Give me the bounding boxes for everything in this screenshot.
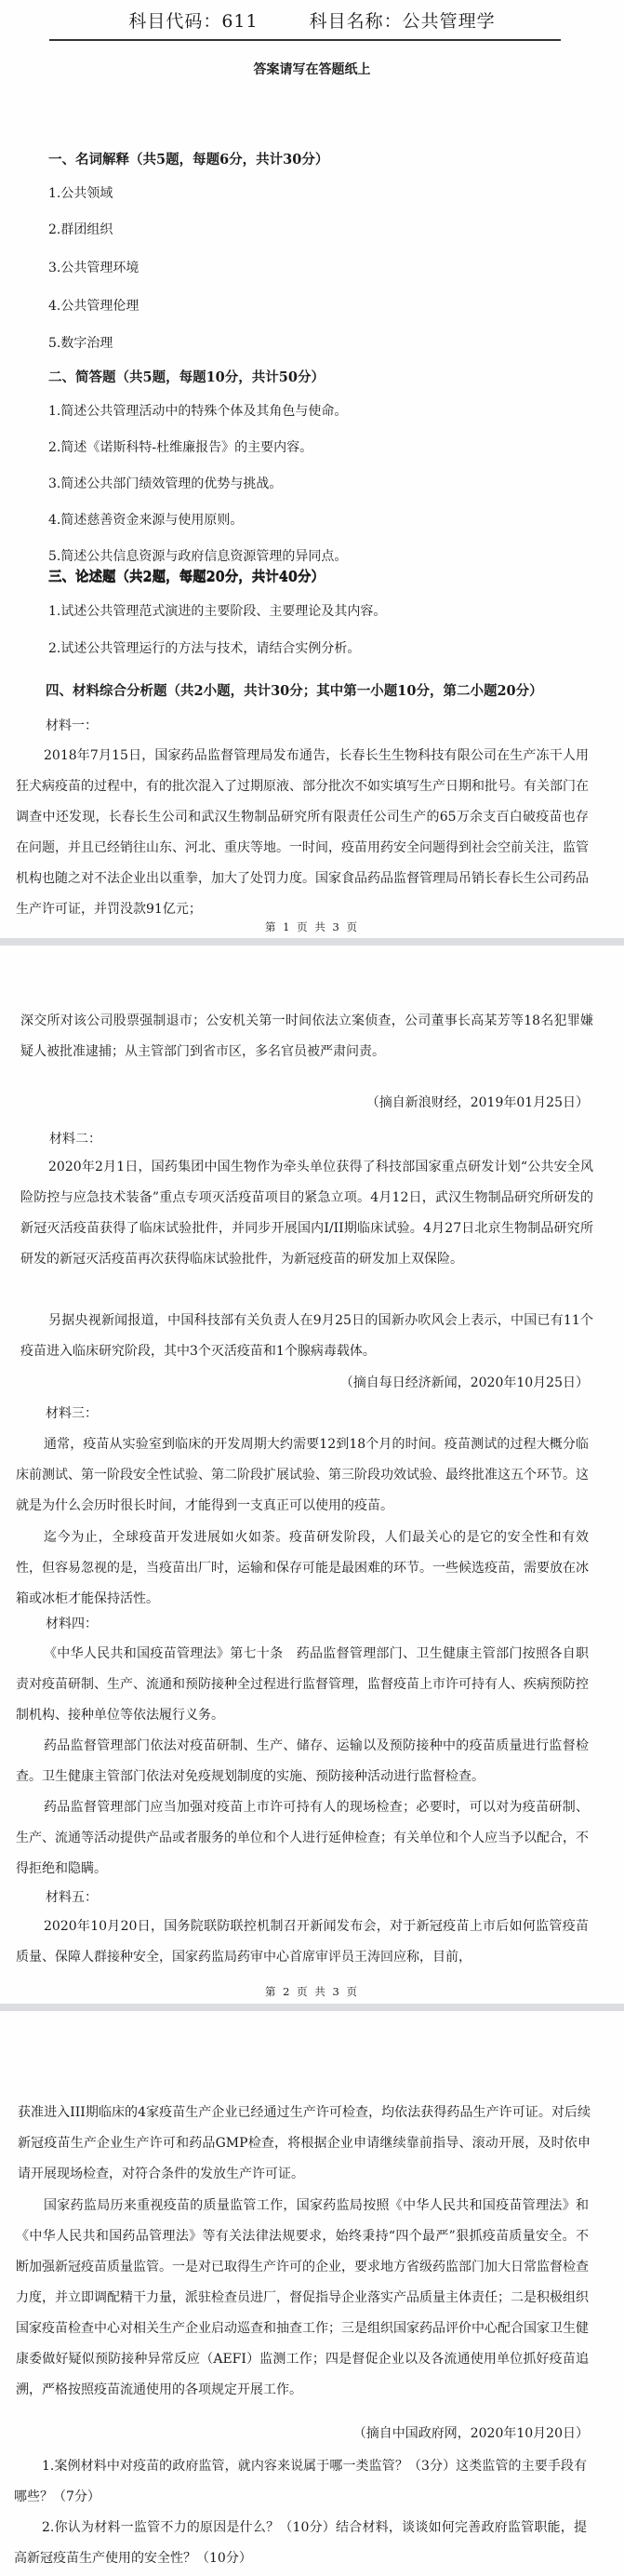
- section-3-heading: 三、论述题（共2题，每题20分，共计40分）: [48, 567, 325, 586]
- material-5-paragraph: 国家药监局历来重视疫苗的质量监管工作，国家药监局按照《中华人民共和国疫苗管理法》…: [16, 2191, 589, 2406]
- material-3-paragraph: 迄今为止，全球疫苗开发进展如火如荼。疫苗研发阶段，人们最关心的是它的安全性和有效…: [16, 1523, 589, 1615]
- answer-instruction: 答案请写在答题纸上: [0, 60, 624, 78]
- page-separator: [0, 938, 624, 946]
- exam-page-3: 获准进入III期临床的4家疫苗生产企业已经通过生产许可检查，均依法获得药品生产许…: [0, 2011, 624, 2576]
- header-divider: [49, 39, 561, 41]
- section-3-item: 2.试述公共管理运行的方法与技术，请结合实例分析。: [48, 638, 360, 657]
- material-2-paragraph: 2020年2月1日，国药集团中国生物作为牵头单位获得了科技部国家重点研发计划“公…: [20, 1152, 593, 1275]
- material-4-paragraph: 药品监督管理部门应当加强对疫苗上市许可持有人的现场检查；必要时，可以对为疫苗研制…: [16, 1792, 589, 1885]
- exam-page-2: 深交所对该公司股票强制退市；公安机关第一时间依法立案侦查，公司董事长高某芳等18…: [0, 946, 624, 2004]
- material-2-label: 材料二：: [49, 1129, 101, 1147]
- page-separator: [0, 2004, 624, 2011]
- material-3-paragraph: 通常，疫苗从实验室到临床的开发周期大约需要12到18个月的时间。疫苗测试的过程大…: [16, 1429, 589, 1522]
- section-1-item: 3.公共管理环境: [48, 258, 139, 276]
- material-1-label: 材料一：: [46, 716, 98, 734]
- section-2-item: 3.简述公共部门绩效管理的优势与挑战。: [48, 474, 282, 492]
- section-4-title: 四、材料综合分析题（共2小题，共计30分；其中第一小题10分，第二小题20分）: [46, 680, 543, 700]
- material-3-label: 材料三：: [46, 1403, 98, 1422]
- section-2-item: 5.简述公共信息资源与政府信息资源管理的异同点。: [48, 546, 347, 565]
- material-5-paragraph-continued: 获准进入III期临床的4家疫苗生产企业已经通过生产许可检查，均依法获得药品生产许…: [18, 2098, 591, 2190]
- section-1-item: 4.公共管理伦理: [48, 296, 139, 315]
- section-3-item: 1.试述公共管理范式演进的主要阶段、主要理论及其内容。: [48, 601, 386, 620]
- section-1-title: 一、名词解释（共5题，每题6分，共计30分）: [48, 149, 328, 168]
- section-2-item: 2.简述《诺斯科特-杜维廉报告》的主要内容。: [48, 437, 312, 456]
- material-4-label: 材料四：: [46, 1614, 98, 1632]
- material-5-paragraph: 2020年10月20日，国务院联防联控机制召开新闻发布会，对于新冠疫苗上市后如何…: [16, 1912, 589, 1973]
- material-1-paragraph-continued: 深交所对该公司股票强制退市；公安机关第一时间依法立案侦查，公司董事长高某芳等18…: [20, 1006, 593, 1067]
- material-2-paragraph: 另据央视新闻报道，中国科技部有关负责人在9月25日的国新办吹风会上表示，中国已有…: [20, 1306, 593, 1367]
- section-2-title: 二、简答题（共5题，每题10分，共计50分）: [48, 367, 325, 386]
- section-2-item: 1.简述公共管理活动中的特殊个体及其角色与使命。: [48, 401, 347, 420]
- section-1-item: 5.数字治理: [48, 333, 113, 352]
- analysis-question-2: 2.你认为材料一监管不力的原因是什么？（10分）结合材料，谈谈如何完善政府监管职…: [14, 2513, 587, 2574]
- exam-page-1: 科目代码：611 科目名称：公共管理学 答案请写在答题纸上 一、名词解释（共5题…: [0, 0, 624, 938]
- subject-name: 科目名称：公共管理学: [310, 11, 496, 32]
- material-5-source: （摘自中国政府网，2020年10月20日）: [353, 2423, 589, 2442]
- section-1-item: 2.群团组织: [48, 220, 113, 238]
- page-footer: 第 2 页 共 3 页: [0, 1984, 624, 1999]
- subject-code: 科目代码：611: [128, 11, 258, 32]
- material-4-paragraph: 药品监督管理部门依法对疫苗研制、生产、储存、运输以及预防接种中的疫苗质量进行监督…: [16, 1731, 589, 1792]
- material-2-source: （摘自每日经济新闻，2020年10月25日）: [340, 1373, 589, 1391]
- material-5-label: 材料五：: [46, 1887, 98, 1906]
- analysis-question-1: 1.案例材料中对疫苗的政府监管，就内容来说属于哪一类监管？（3分）这类监管的主要…: [14, 2451, 587, 2513]
- material-1-source: （摘自新浪财经，2019年01月25日）: [366, 1093, 589, 1111]
- page-footer: 第 1 页 共 3 页: [0, 919, 624, 934]
- section-2-item: 4.简述慈善资金来源与使用原则。: [48, 510, 243, 529]
- material-4-paragraph: 《中华人民共和国疫苗管理法》第七十条 药品监督管理部门、卫生健康主管部门按照各自…: [16, 1639, 589, 1731]
- section-1-item: 1.公共领域: [48, 183, 113, 202]
- exam-header: 科目代码：611 科目名称：公共管理学: [0, 7, 624, 33]
- material-1-paragraph: 2018年7月15日，国家药品监督管理局发布通告，长春长生生物科技有限公司在生产…: [16, 741, 589, 925]
